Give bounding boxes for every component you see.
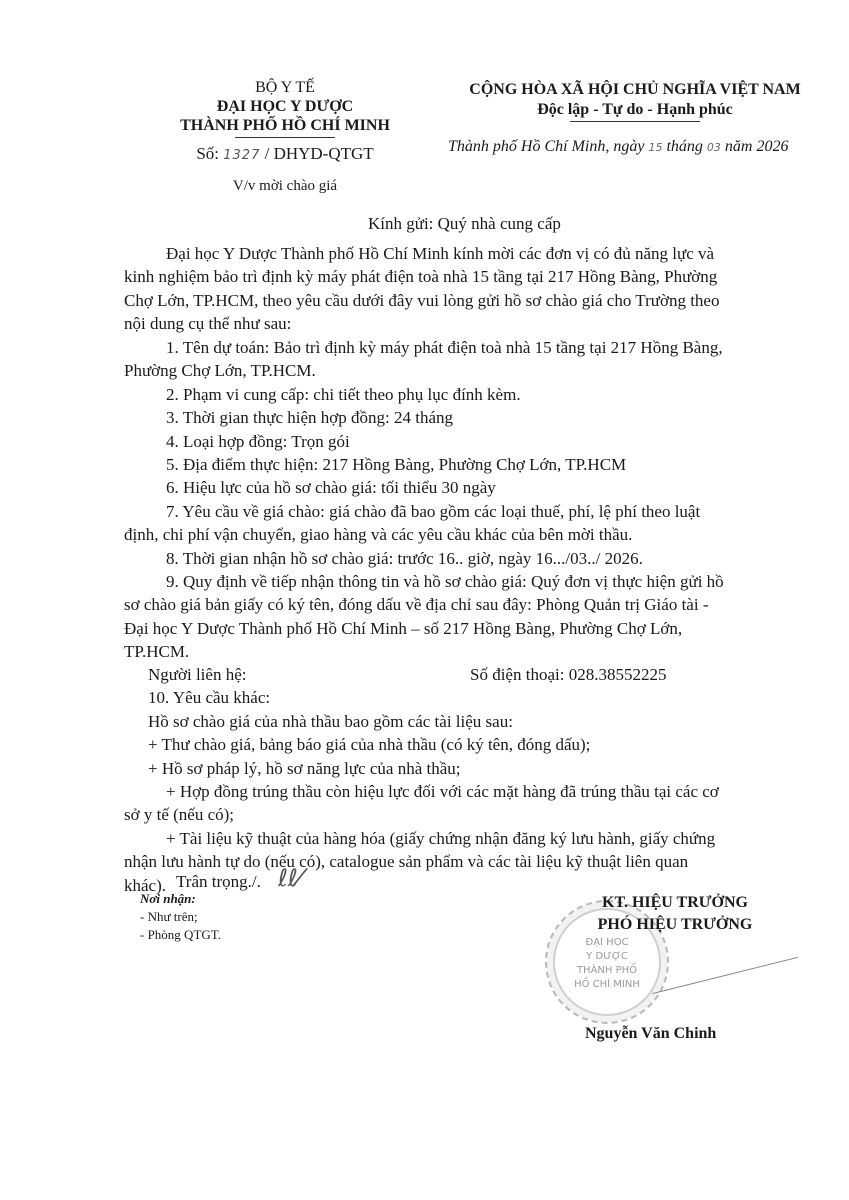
initials-signature: ℓℓ⁄ bbox=[278, 864, 302, 892]
stamp-text: ĐẠI HỌC bbox=[547, 936, 667, 950]
list-item: 1. Tên dự toán: Bảo trì định kỳ máy phát… bbox=[124, 336, 790, 359]
document-item: + Tài liệu kỹ thuật của hàng hóa (giấy c… bbox=[124, 827, 790, 850]
stamp-text: Y DƯỢC bbox=[547, 950, 667, 964]
list-item: 10. Yêu cầu khác: bbox=[124, 686, 790, 709]
contact-label: Người liên hệ: bbox=[148, 665, 246, 684]
ministry-name: BỘ Y TẾ bbox=[150, 78, 420, 97]
document-item-continuation: nhận lưu hành tự do (nếu có), catalogue … bbox=[124, 850, 790, 873]
list-item: 8. Thời gian nhận hồ sơ chào giá: trước … bbox=[124, 547, 790, 570]
list-item-continuation: TP.HCM. bbox=[124, 640, 790, 663]
header-divider bbox=[235, 137, 335, 138]
document-item: + Thư chào giá, bảng báo giá của nhà thầ… bbox=[124, 733, 790, 756]
recipient-item: - Phòng QTGT. bbox=[140, 926, 221, 944]
list-item: 7. Yêu cầu về giá chào: giá chào đã bao … bbox=[124, 500, 790, 523]
day-handwritten: 15 bbox=[648, 141, 662, 154]
stamp-text: THÀNH PHỐ bbox=[547, 964, 667, 978]
motto-underline bbox=[570, 121, 700, 122]
place-date-prefix: Thành phố Hồ Chí Minh, ngày bbox=[448, 138, 644, 155]
list-item: 9. Quy định về tiếp nhận thông tin và hồ… bbox=[124, 570, 790, 593]
phone-number: Số điện thoại: 028.38552225 bbox=[470, 663, 666, 686]
recipients-label: Nơi nhận: bbox=[140, 890, 221, 908]
signature-stroke bbox=[652, 957, 798, 994]
intro-line: nội dung cụ thể như sau: bbox=[124, 312, 790, 335]
national-header: CỘNG HÒA XÃ HỘI CHỦ NGHĨA VIỆT NAM Độc l… bbox=[425, 80, 845, 122]
documents-intro: Hồ sơ chào giá của nhà thầu bao gồm các … bbox=[124, 710, 790, 733]
intro-paragraph: Đại học Y Dược Thành phố Hồ Chí Minh kín… bbox=[124, 242, 790, 336]
document-subject: V/v mời chào giá bbox=[150, 177, 420, 196]
signer-name: Nguyễn Văn Chinh bbox=[585, 1025, 716, 1043]
list-item-continuation: định, chi phí vận chuyển, giao hàng và c… bbox=[124, 523, 790, 546]
intro-line: Đại học Y Dược Thành phố Hồ Chí Minh kín… bbox=[124, 242, 790, 265]
list-item: 2. Phạm vi cung cấp: chi tiết theo phụ l… bbox=[124, 383, 790, 406]
list-item-continuation: Đại học Y Dược Thành phố Hồ Chí Minh – s… bbox=[124, 617, 790, 640]
year-text: năm 2026 bbox=[725, 138, 789, 155]
greeting: Kính gửi: Quý nhà cung cấp bbox=[368, 214, 561, 234]
document-number-handwritten: 1327 bbox=[223, 148, 260, 163]
month-handwritten: 03 bbox=[707, 141, 721, 154]
contact-row: Người liên hệ: Số điện thoại: 028.385522… bbox=[124, 663, 790, 897]
university-name-line2: THÀNH PHỐ HỒ CHÍ MINH bbox=[150, 116, 420, 135]
document-number-suffix: / DHYD-QTGT bbox=[265, 144, 374, 163]
place-date: Thành phố Hồ Chí Minh, ngày 15 tháng 03 … bbox=[448, 138, 788, 156]
country-name: CỘNG HÒA XÃ HỘI CHỦ NGHĨA VIỆT NAM bbox=[425, 80, 845, 100]
list-item-continuation: Phường Chợ Lớn, TP.HCM. bbox=[124, 359, 790, 382]
university-name-line1: ĐẠI HỌC Y DƯỢC bbox=[150, 97, 420, 116]
national-motto: Độc lập - Tự do - Hạnh phúc bbox=[425, 100, 845, 120]
document-number: Số: 1327 / DHYD-QTGT bbox=[150, 144, 420, 165]
list-item: 5. Địa điểm thực hiện: 217 Hồng Bàng, Ph… bbox=[124, 453, 790, 476]
agency-header: BỘ Y TẾ ĐẠI HỌC Y DƯỢC THÀNH PHỐ HỒ CHÍ … bbox=[150, 78, 420, 196]
list-item: 3. Thời gian thực hiện hợp đồng: 24 thán… bbox=[124, 406, 790, 429]
intro-line: kinh nghiệm bảo trì định kỳ máy phát điệ… bbox=[124, 265, 790, 288]
list-item-continuation: sơ chào giá bản giấy có ký tên, đóng dấu… bbox=[124, 593, 790, 616]
recipients-block: Nơi nhận: - Như trên; - Phòng QTGT. bbox=[140, 890, 221, 944]
list-item: 6. Hiệu lực của hồ sơ chào giá: tối thiể… bbox=[124, 476, 790, 499]
closing-phrase: Trân trọng./. bbox=[176, 872, 261, 892]
document-item-continuation: sở y tế (nếu có); bbox=[124, 803, 790, 826]
stamp-text: HỒ CHÍ MINH bbox=[547, 978, 667, 992]
requirements-list: 1. Tên dự toán: Bảo trì định kỳ máy phát… bbox=[124, 336, 790, 664]
document-item: + Hợp đồng trúng thầu còn hiệu lực đối v… bbox=[124, 780, 790, 803]
signer-title: KT. HIỆU TRƯỞNG PHÓ HIỆU TRƯỞNG bbox=[560, 892, 790, 936]
recipient-item: - Như trên; bbox=[140, 908, 221, 926]
list-item: 4. Loại hợp đồng: Trọn gói bbox=[124, 430, 790, 453]
document-number-label: Số: bbox=[196, 144, 219, 163]
intro-line: Chợ Lớn, TP.HCM, theo yêu cầu dưới đây v… bbox=[124, 289, 790, 312]
signer-title-line2: PHÓ HIỆU TRƯỞNG bbox=[560, 914, 790, 936]
month-label: tháng bbox=[666, 138, 702, 155]
signer-title-line1: KT. HIỆU TRƯỞNG bbox=[560, 892, 790, 914]
document-item: + Hồ sơ pháp lý, hồ sơ năng lực của nhà … bbox=[124, 757, 790, 780]
